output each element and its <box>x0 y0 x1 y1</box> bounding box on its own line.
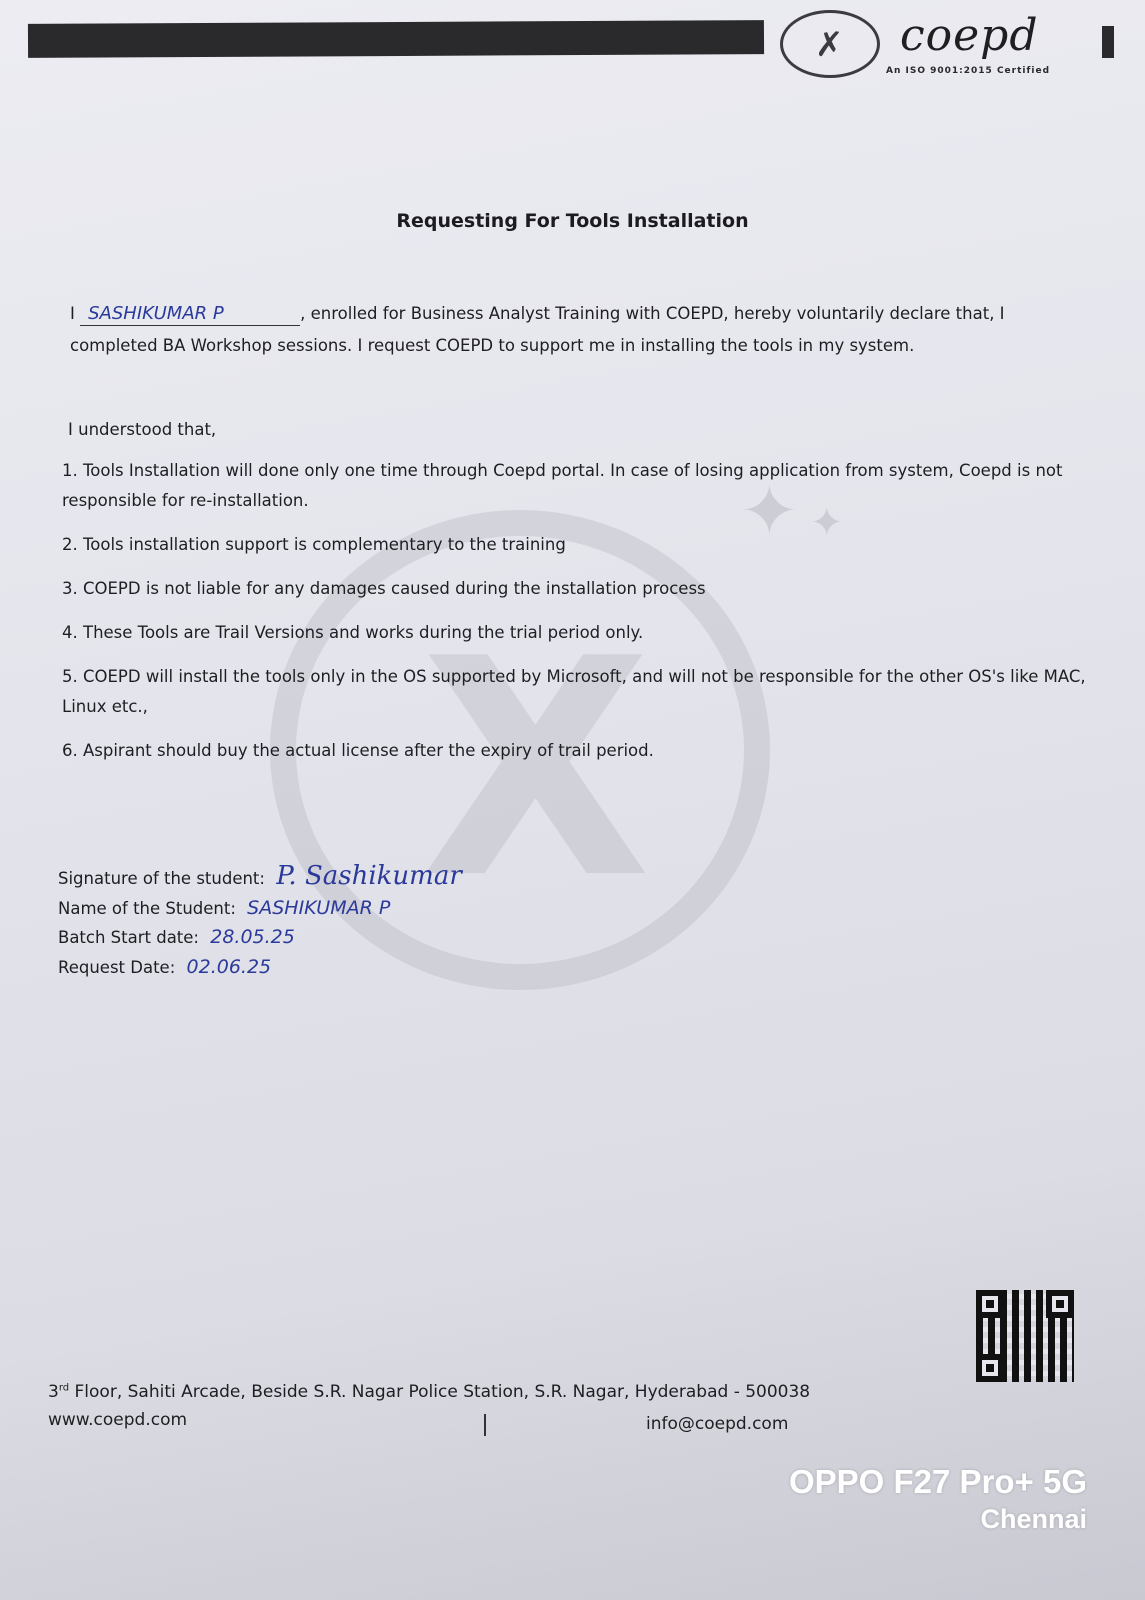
signature-label: Signature of the student: <box>58 869 265 888</box>
declaration-line2: completed BA Workshop sessions. I reques… <box>70 336 914 355</box>
declaration-line1: , enrolled for Business Analyst Training… <box>300 304 1004 323</box>
signature-value: P. Sashikumar <box>276 861 462 891</box>
footer-divider <box>484 1414 486 1436</box>
coepd-logo: ✗ coepd An ISO 9001:2015 Certified <box>776 6 1116 86</box>
qr-finder <box>1046 1290 1074 1318</box>
footer-address: 3rd Floor, Sahiti Arcade, Beside S.R. Na… <box>48 1382 810 1402</box>
name-value: SASHIKUMAR P <box>247 897 390 919</box>
batch-start-value: 28.05.25 <box>210 926 295 948</box>
iso-certification: An ISO 9001:2015 Certified <box>886 66 1050 76</box>
address-text: Floor, Sahiti Arcade, Beside S.R. Nagar … <box>69 1382 810 1402</box>
floor-suffix: rd <box>59 1382 69 1393</box>
name-row: Name of the Student: SASHIKUMAR P <box>58 894 462 924</box>
signature-row: Signature of the student: P. Sashikumar <box>58 862 462 894</box>
qr-code-icon <box>976 1290 1074 1382</box>
header-bar <box>28 20 764 58</box>
qr-finder <box>976 1354 1004 1382</box>
camera-watermark: OPPO F27 Pro+ 5G Chennai <box>789 1462 1087 1536</box>
term-item: 4. These Tools are Trail Versions and wo… <box>62 618 1122 648</box>
request-date-label: Request Date: <box>58 958 175 977</box>
footer-website[interactable]: www.coepd.com <box>48 1410 187 1430</box>
request-row: Request Date: 02.06.25 <box>58 953 462 983</box>
camera-model: OPPO F27 Pro+ 5G <box>789 1462 1087 1502</box>
qr-finder <box>976 1290 1004 1318</box>
logo-bar <box>1102 26 1114 58</box>
name-label: Name of the Student: <box>58 899 236 918</box>
request-date-value: 02.06.25 <box>187 956 272 978</box>
camera-location: Chennai <box>789 1502 1087 1536</box>
term-item: 1. Tools Installation will done only one… <box>62 456 1122 516</box>
batch-row: Batch Start date: 28.05.25 <box>58 923 462 953</box>
understood-label: I understood that, <box>68 420 216 439</box>
brand-name: coepd <box>900 10 1039 61</box>
term-item: 2. Tools installation support is complem… <box>62 530 1122 560</box>
declaration-prefix: I <box>70 304 75 323</box>
document-title: Requesting For Tools Installation <box>0 210 1145 232</box>
terms-list: 1. Tools Installation will done only one… <box>62 456 1122 780</box>
term-item: 6. Aspirant should buy the actual licens… <box>62 736 1122 766</box>
coepd-x-logo-icon: ✗ <box>780 10 880 78</box>
student-name-handwritten: SASHIKUMAR P <box>80 303 300 326</box>
footer-email[interactable]: info@coepd.com <box>646 1414 788 1434</box>
term-item: 5. COEPD will install the tools only in … <box>62 662 1122 722</box>
term-item: 3. COEPD is not liable for any damages c… <box>62 574 1122 604</box>
batch-start-label: Batch Start date: <box>58 928 199 947</box>
declaration-paragraph: I SASHIKUMAR P, enrolled for Business An… <box>70 298 1070 362</box>
floor-number: 3 <box>48 1382 59 1402</box>
student-fields: Signature of the student: P. Sashikumar … <box>58 862 462 982</box>
